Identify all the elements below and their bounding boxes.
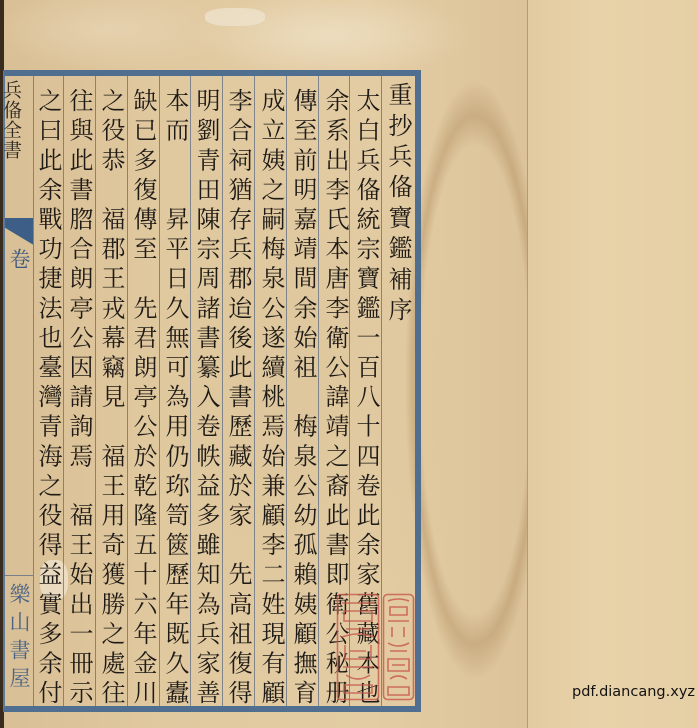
column-rule (286, 76, 287, 706)
text-column-7: 本而 昇平日久無可為用仍珎笥篋歷年既久蠹 (163, 88, 187, 710)
scanned-book-page: 重抄兵俻寶鑑補序 太白兵俻統宗寶鑑一百八十四卷此余家舊藏本也 余系出李氏本唐李衛… (0, 0, 698, 728)
column-rule (318, 76, 319, 706)
text-column-6: 明劉青田陳宗周諸書纂入卷帙益多雖知為兵家善 (194, 88, 218, 710)
seal-stamp-left (336, 593, 380, 701)
margin-studio-name: 樂山書屋 (8, 583, 29, 695)
column-rule (222, 76, 223, 706)
text-column-3: 傳至前明嘉靖間余始祖 梅泉公幼孤賴姨顧撫育 (291, 88, 315, 710)
preface-title: 重抄兵俻寶鑑補序 (386, 82, 410, 328)
margin-rule (4, 575, 33, 576)
text-column-10: 往與此書脗合朗亭公因請詢焉 福王始出一冊示 (67, 88, 91, 710)
text-column-8: 缺已多復傳至 先君朗亭公於乾隆五十六年金川 (131, 88, 155, 710)
margin-book-title: 兵俻全書 (4, 80, 20, 160)
column-rule (190, 76, 191, 706)
margin-volume-label: 卷 (8, 248, 29, 269)
watermark-text: pdf.diancang.xyz (572, 684, 695, 700)
paper-damage (205, 8, 265, 26)
block-center-margin: 兵俻全書 卷 樂山書屋 (4, 76, 33, 706)
text-column-11: 之曰此余戰功捷法也臺灣青海之役得益實多余付 (36, 88, 60, 710)
text-column-5: 李合祠猶存兵郡迨後此書歷藏於家 先高祖復得 (226, 88, 250, 710)
column-rule (127, 76, 128, 706)
column-rule (95, 76, 96, 706)
column-rule (159, 76, 160, 706)
text-column-4: 成立姨之嗣梅泉公遂續桃焉始兼顧李二姓現有顧 (259, 88, 283, 710)
right-leaf-paper (528, 0, 698, 728)
page-fold-line (527, 0, 528, 728)
column-rule (254, 76, 255, 706)
text-column-9: 之役恭 福郡王戎幕竊見 福王用奇獲勝之處往 (99, 88, 123, 710)
fishtail-mark-icon (5, 218, 33, 246)
seal-stamp-right (382, 593, 415, 701)
column-rule (63, 76, 64, 706)
